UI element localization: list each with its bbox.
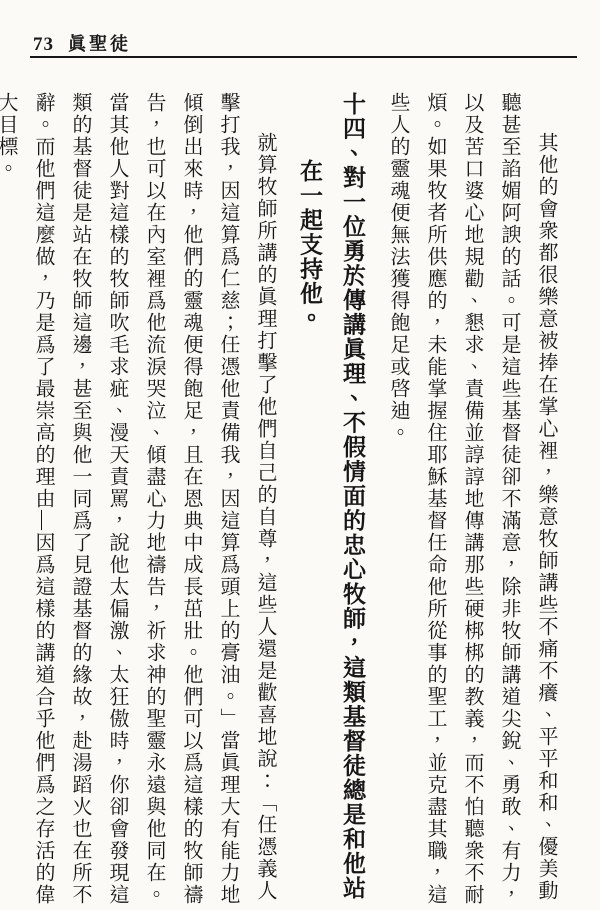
section-heading: 十四、對一位勇於傳講眞理、不假情面的忠心牧師，這類基督徒總是和他站在一起支持他。: [288, 92, 374, 906]
paragraph-2: 就算牧師所講的眞理打擊了他們自己的自尊，這些人還是歡喜地說：「任憑義人擊打我，因…: [0, 92, 283, 906]
page-body: 其他的會衆都很樂意被捧在掌心裡，樂意牧師講些不痛不癢、平平和和、優美動聽甚至諂媚…: [0, 92, 564, 906]
page-header: 73 眞聖徒: [33, 30, 131, 56]
paragraph-1: 其他的會衆都很樂意被捧在掌心裡，樂意牧師講些不痛不癢、平平和和、優美動聽甚至諂媚…: [379, 92, 564, 906]
page-number: 73: [33, 34, 54, 56]
running-title: 眞聖徒: [68, 30, 131, 56]
header-rule: [30, 56, 577, 58]
book-page: 73 眞聖徒 其他的會衆都很樂意被捧在掌心裡，樂意牧師講些不痛不癢、平平和和、優…: [0, 0, 600, 910]
